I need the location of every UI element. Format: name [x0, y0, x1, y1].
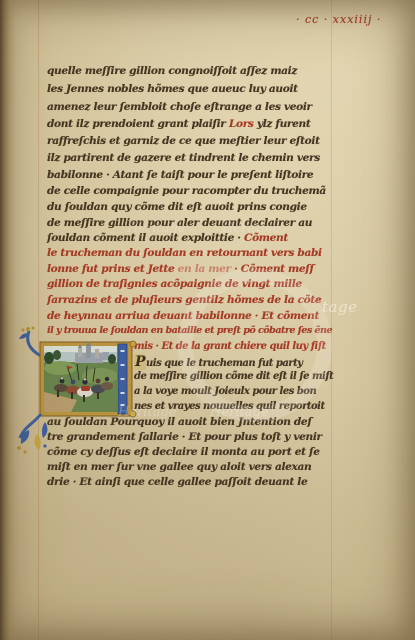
text-line-9: du ſouldan quy cõme dit eſt auoit prins …: [47, 200, 307, 214]
text-line-1: quelle meſſire gillion congnoiſſoit aſſe…: [47, 64, 297, 78]
folio-number: · cc · xxxiiij ·: [296, 13, 386, 26]
text-run: uis que le trucheman fut party: [146, 358, 302, 369]
text-run: lonne fut prins et Jette: [47, 263, 178, 275]
left-margin-ruling: [38, 0, 39, 640]
text-run: dont ilz prendoient grant plaiſir: [47, 118, 229, 130]
initial-blue-bar: [118, 344, 127, 414]
text-line-15: ſarrazins et de pluſieurs gentilz hõmes …: [47, 293, 321, 307]
text-run: miſt en mer ſur vne gallee quy aloit ver…: [47, 461, 311, 473]
text-run: quelle meſſire gillion congnoiſſoit aſſe…: [47, 65, 297, 77]
text-run: ſouldan cõment il auoit exploittie ·: [47, 232, 244, 244]
acanthus-top-left: [19, 327, 41, 357]
text-run: raffreſchis et garniz de ce que meſtier …: [47, 135, 320, 147]
text-run: mis · Et de la grant chiere quil luy fiſ…: [134, 341, 326, 352]
text-line-27: drie · Et ainſi que celle gallee paſſoit…: [47, 475, 307, 489]
text-line-10: de meſſire gillion pour aler deuant decl…: [47, 216, 312, 230]
manuscript-photo: · cc · xxxiiij · quelle meſſire gillion …: [0, 0, 415, 640]
text-run: Cõment: [244, 232, 288, 244]
text-line-11: ſouldan cõment il auoit exploittie · Cõm…: [47, 231, 288, 245]
text-run: gillion de traſignies acõpaignie de ving…: [47, 278, 302, 290]
text-run: babilonne · Atant ſe taiſt pour le preſe…: [47, 169, 313, 181]
page-gutter-edge: [0, 0, 16, 640]
watermark-text-partial: tage: [322, 298, 357, 316]
text-run: de celle compaignie pour racompter du tr…: [47, 185, 326, 197]
text-run: de heynnau arriua deuant babilonne · Et …: [47, 310, 319, 322]
text-line-16: de heynnau arriua deuant babilonne · Et …: [47, 309, 319, 323]
gold-knob-bottom-right: [130, 411, 136, 417]
text-run: en la mer: [178, 263, 231, 275]
text-line-18: mis · Et de la grant chiere quil luy fiſ…: [134, 340, 326, 354]
text-line-19: Puis que le trucheman fut party: [134, 355, 303, 369]
text-line-20: de meſſire gillion cõme dit eſt il ſe mi…: [134, 370, 333, 384]
acanthus-bottom-left: [17, 414, 47, 454]
miniature-illumination: [15, 326, 137, 458]
text-line-8: de celle compaignie pour racompter du tr…: [47, 184, 326, 198]
miniature-scene: [15, 326, 137, 458]
text-line-21: a la voye moult Joieulx pour les bon: [134, 385, 316, 399]
text-line-12: le trucheman du ſouldan en retournant ve…: [47, 246, 322, 260]
gold-knob-top-right: [130, 341, 136, 347]
text-line-4: dont ilz prendoient grant plaiſir Lors y…: [47, 117, 310, 131]
text-line-7: babilonne · Atant ſe taiſt pour le preſe…: [47, 168, 313, 182]
text-run: ilz partirent de gazere et tindrent le c…: [47, 152, 320, 164]
text-line-14: gillion de traſignies acõpaignie de ving…: [47, 277, 302, 291]
text-run: ylz furent: [254, 118, 311, 130]
text-run: amenez leur ſembloit choſe eſtrange a le…: [47, 101, 312, 113]
text-run: Lors: [229, 118, 254, 130]
text-line-3: amenez leur ſembloit choſe eſtrange a le…: [47, 100, 312, 114]
text-line-26: miſt en mer ſur vne gallee quy aloit ver…: [47, 460, 311, 474]
text-line-5: raffreſchis et garniz de ce que meſtier …: [47, 134, 320, 148]
text-run: de meſſire gillion pour aler deuant decl…: [47, 217, 312, 229]
text-run: le trucheman du ſouldan en retournant ve…: [47, 247, 322, 259]
text-line-6: ilz partirent de gazere et tindrent le c…: [47, 151, 320, 165]
text-run: drie · Et ainſi que celle gallee paſſoit…: [47, 476, 307, 488]
text-run: du ſouldan quy cõme dit eſt auoit prins …: [47, 201, 307, 213]
text-run: ſarrazins et de pluſieurs gentilz hõmes …: [47, 294, 321, 306]
text-line-22: nes et vrayes nouuelles quil reportoit: [134, 400, 325, 414]
text-line-13: lonne fut prins et Jette en la mer · Cõm…: [47, 262, 314, 276]
text-run: a la voye moult Joieulx pour les bon: [134, 386, 316, 397]
text-line-2: les Jennes nobles hõmes que aueuc luy au…: [47, 82, 298, 96]
text-run: de meſſire gillion cõme dit eſt il ſe mi…: [134, 371, 333, 382]
right-margin-ruling: [331, 0, 332, 640]
text-run: les Jennes nobles hõmes que aueuc luy au…: [47, 83, 298, 95]
text-run: · Cõment meſſ: [231, 263, 314, 275]
text-run: nes et vrayes nouuelles quil reportoit: [134, 401, 325, 412]
